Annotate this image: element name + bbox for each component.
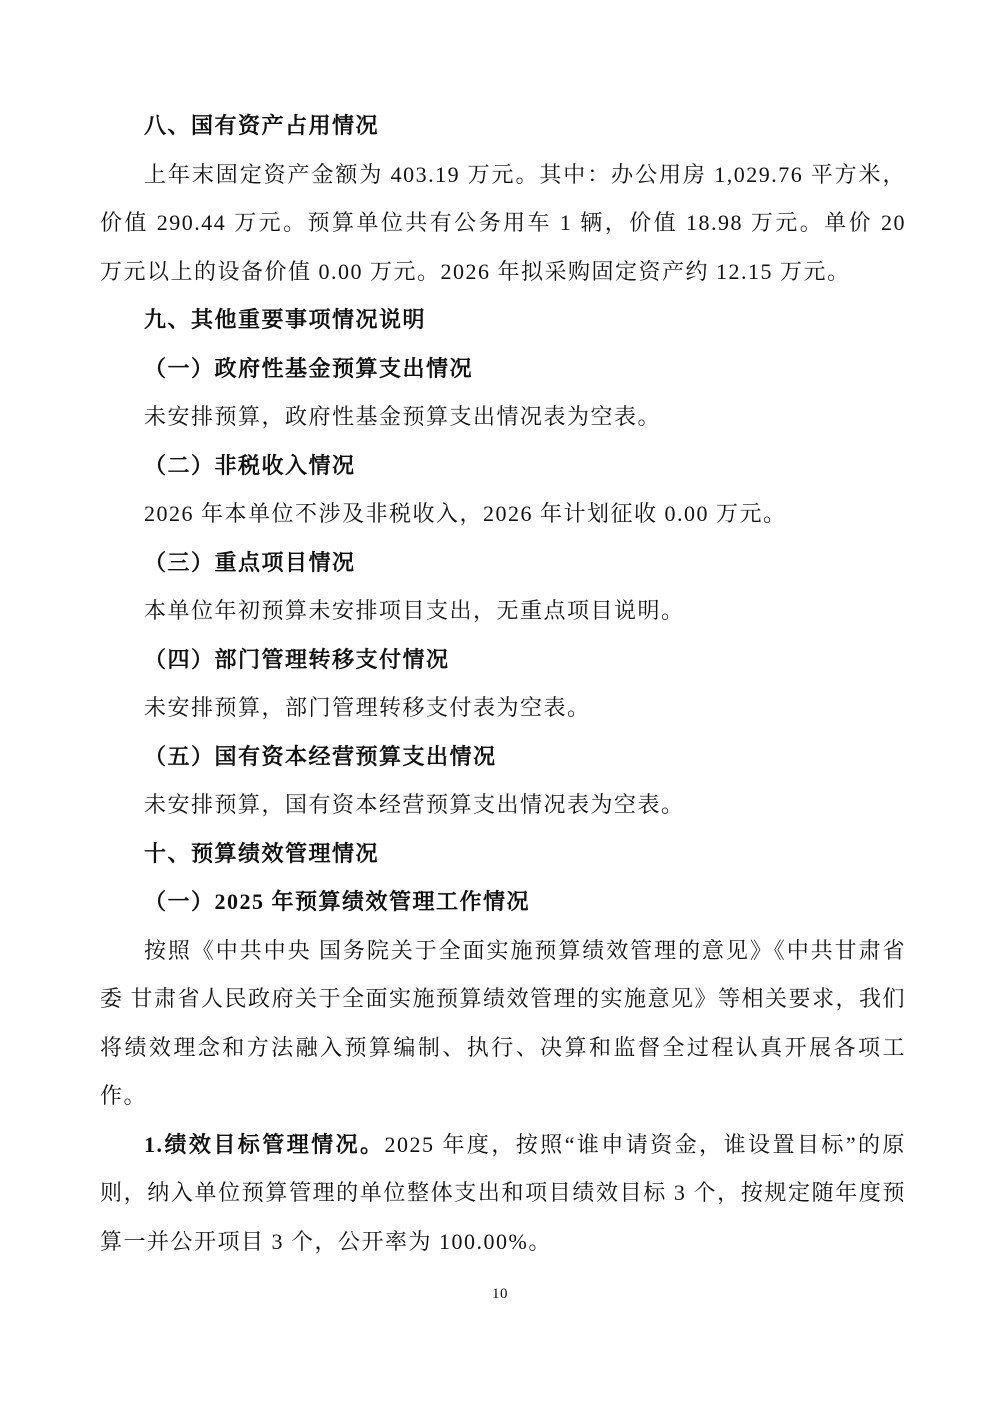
section-8-paragraph: 上年末固定资产金额为 403.19 万元。其中：办公用房 1,029.76 平方… — [100, 151, 906, 297]
document-body: 八、国有资产占用情况 上年末固定资产金额为 403.19 万元。其中：办公用房 … — [100, 102, 906, 1266]
section-10-paragraph-1: 按照《中共中央 国务院关于全面实施预算绩效管理的意见》《中共甘肃省委 甘肃省人民… — [100, 927, 906, 1121]
section-9-sub-1-heading: （一）政府性基金预算支出情况 — [100, 345, 906, 394]
section-9-sub-4-heading: （四）部门管理转移支付情况 — [100, 636, 906, 685]
section-9-sub-2-paragraph: 2026 年本单位不涉及非税收入，2026 年计划征收 0.00 万元。 — [100, 490, 906, 539]
page-number: 10 — [0, 1286, 1000, 1303]
section-9-sub-5-paragraph: 未安排预算，国有资本经营预算支出情况表为空表。 — [100, 781, 906, 830]
section-8-heading: 八、国有资产占用情况 — [100, 102, 906, 151]
document-page: 八、国有资产占用情况 上年末固定资产金额为 403.19 万元。其中：办公用房 … — [0, 0, 1000, 1415]
section-10-paragraph-2-lead: 1.绩效目标管理情况。 — [144, 1132, 385, 1157]
section-9-sub-5-heading: （五）国有资本经营预算支出情况 — [100, 733, 906, 782]
section-9-sub-2-heading: （二）非税收入情况 — [100, 442, 906, 491]
section-10-heading: 十、预算绩效管理情况 — [100, 830, 906, 879]
section-9-sub-4-paragraph: 未安排预算，部门管理转移支付表为空表。 — [100, 684, 906, 733]
section-10-sub-1-heading: （一）2025 年预算绩效管理工作情况 — [100, 878, 906, 927]
section-10-paragraph-2: 1.绩效目标管理情况。2025 年度，按照“谁申请资金，谁设置目标”的原则，纳入… — [100, 1121, 906, 1267]
section-9-sub-3-paragraph: 本单位年初预算未安排项目支出，无重点项目说明。 — [100, 587, 906, 636]
section-9-sub-1-paragraph: 未安排预算，政府性基金预算支出情况表为空表。 — [100, 393, 906, 442]
section-9-heading: 九、其他重要事项情况说明 — [100, 296, 906, 345]
section-9-sub-3-heading: （三）重点项目情况 — [100, 539, 906, 588]
